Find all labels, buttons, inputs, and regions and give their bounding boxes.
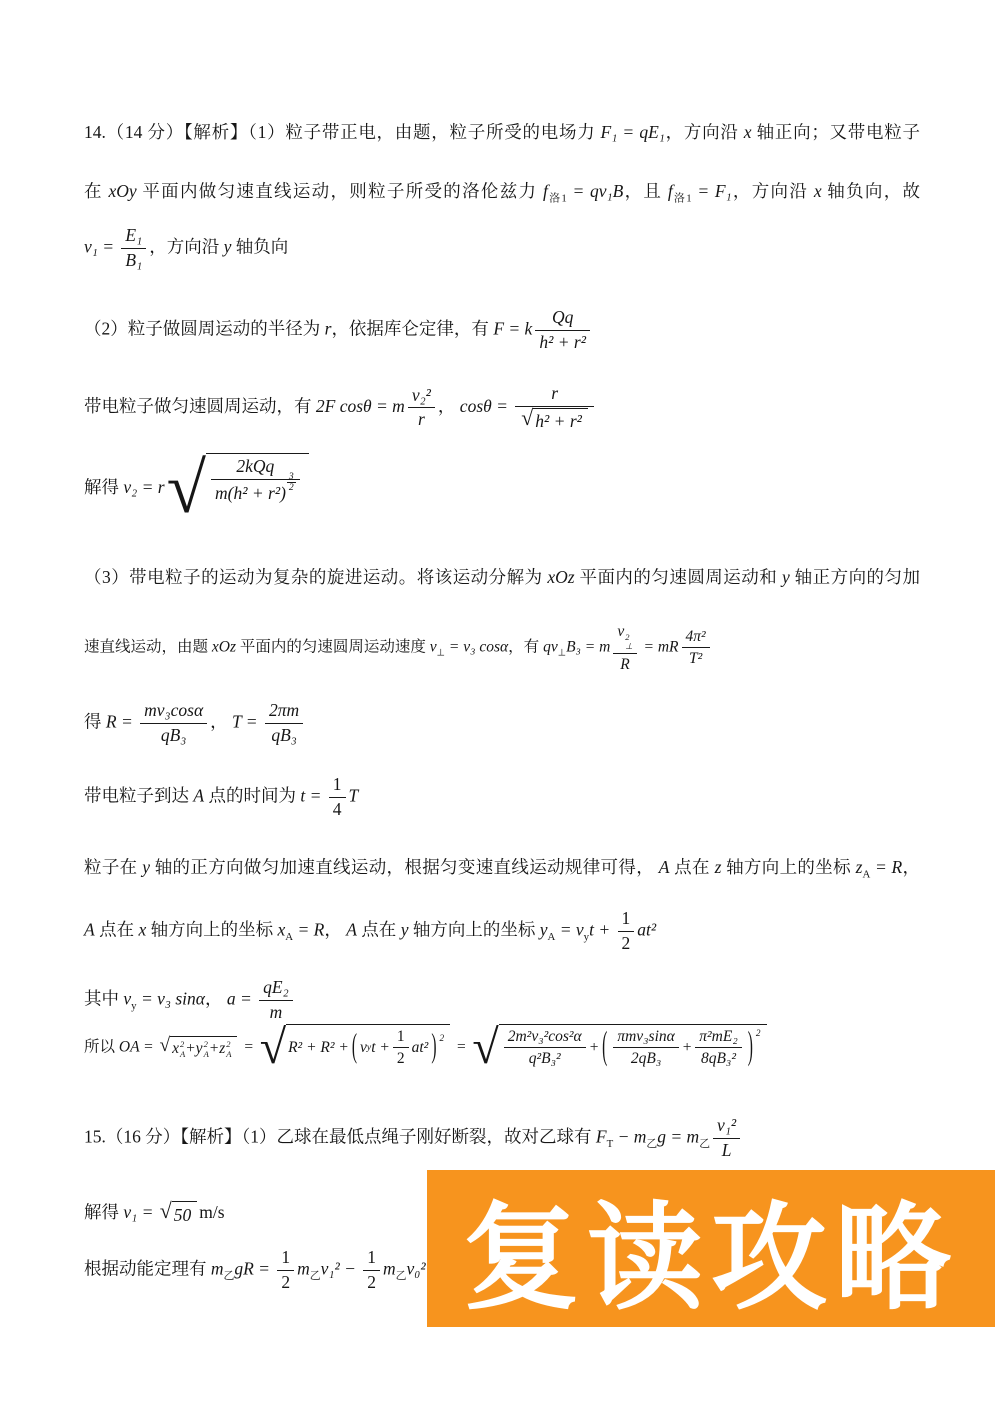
- denominator: 2: [277, 1271, 294, 1294]
- math-run: 2F cosθ = m: [316, 396, 405, 416]
- text-run: 点在: [669, 857, 714, 877]
- math-var: y: [782, 567, 790, 587]
- math-run: = F₁: [692, 181, 732, 201]
- math-var: A: [84, 919, 95, 939]
- math-var: m: [297, 1258, 310, 1278]
- subscript: 乙: [699, 1138, 710, 1150]
- math-run: m(h² + r²): [215, 483, 286, 503]
- math-run: +: [209, 1039, 219, 1059]
- text-run: 轴正向；又带电粒子: [751, 122, 920, 142]
- fraction: 2πmqB₃: [265, 700, 303, 747]
- math-var: A: [193, 785, 204, 805]
- square-root: √50: [160, 1201, 198, 1227]
- math-run: xOz: [212, 639, 236, 656]
- superscript: 2: [439, 1033, 444, 1045]
- promo-banner: 复读攻略: [427, 1170, 995, 1327]
- text-run: 15.（16 分）【解析】（1）乙球在最低点绳子刚好断裂，故对乙球有: [84, 1126, 596, 1146]
- line-2: 在 xOy 平面内做匀速直线运动，则粒子所受的洛伦兹力 f洛1 = qv₁B，且…: [84, 180, 920, 206]
- line-8: 速直线运动，由题 xOz 平面内的匀速圆周运动速度 v⊥ = v₃ cosα，有…: [84, 622, 920, 674]
- math-var: v: [123, 988, 131, 1008]
- left-paren: (: [352, 1026, 357, 1070]
- math-run: T =: [232, 711, 262, 731]
- math-run: = R: [293, 919, 324, 939]
- fraction: 12: [363, 1247, 380, 1294]
- math-var: y: [142, 857, 150, 877]
- numerator: v₁²: [713, 1115, 740, 1139]
- text-run: 解得: [84, 477, 123, 497]
- text-run: 14.（14 分）【解析】（1）粒子带正电，由题，粒子所受的电场力: [84, 122, 601, 142]
- math-run: xOz: [547, 567, 574, 587]
- math-var: F: [596, 1126, 607, 1146]
- line-1: 14.（14 分）【解析】（1）粒子带正电，由题，粒子所受的电场力 F₁ = q…: [84, 121, 920, 144]
- text-run: 轴方向上的坐标: [408, 919, 539, 939]
- math-run: at²: [637, 919, 656, 939]
- denominator: qB₃: [140, 724, 207, 747]
- line-14: 所以 OA = √x2A + y2A + z2A = √R² + R² + (v…: [84, 1024, 920, 1072]
- text-run: ，方向沿: [149, 236, 223, 256]
- math-unit: m/s: [199, 1202, 224, 1222]
- right-paren: ): [748, 1023, 753, 1073]
- radicand: R² + R² + (vyt + 12at²)2: [286, 1024, 450, 1069]
- math-run: a =: [227, 988, 256, 1008]
- numerator: 1: [363, 1247, 380, 1271]
- math-run: = v₃ cosα: [445, 639, 508, 656]
- numerator: v₂²: [408, 385, 435, 409]
- math-var: z: [219, 1039, 225, 1059]
- subscript: ⊥: [558, 648, 566, 659]
- numerator: mv₃cosα: [140, 700, 207, 724]
- right-paren: ): [431, 1026, 436, 1070]
- math-var: x: [814, 181, 822, 201]
- text-run: ，依据库仑定律，有: [331, 318, 493, 338]
- fraction: v2⊥R: [613, 622, 636, 674]
- denominator: qB₃: [265, 724, 303, 747]
- fraction: v₂²r: [408, 385, 435, 432]
- subscript: A: [226, 1050, 231, 1059]
- math-run: +: [185, 1039, 195, 1059]
- text-run: ，: [902, 857, 920, 877]
- radical-sign: √: [260, 1024, 286, 1072]
- fraction: qE₂m: [259, 977, 293, 1024]
- math-var: x: [172, 1039, 179, 1059]
- superscript: 2: [756, 1028, 761, 1040]
- denominator: m(h² + r²)32: [211, 480, 300, 505]
- numerator: 1: [329, 774, 346, 798]
- text-run: （2）粒子做圆周运动的半径为: [84, 318, 325, 338]
- math-run: t =: [300, 785, 325, 805]
- fraction: π²mE₂8qB₃²: [695, 1027, 741, 1069]
- math-run: = R: [870, 857, 902, 877]
- math-run: F = k: [493, 318, 532, 338]
- math-var: T: [349, 785, 359, 805]
- math-var: A: [346, 919, 357, 939]
- text-run: 平面内的匀速圆周运动和: [575, 567, 782, 587]
- math-run: v₁² −: [321, 1258, 361, 1278]
- math-var: v: [360, 1038, 367, 1058]
- math-run: +: [682, 1038, 692, 1058]
- radical-sign: √: [521, 408, 533, 430]
- math-var: A: [659, 857, 670, 877]
- subscript: 乙: [310, 1270, 321, 1282]
- text-run: 带电粒子到达: [84, 785, 193, 805]
- fraction: 12: [618, 908, 635, 955]
- math-run: t +: [589, 919, 614, 939]
- square-root: √2kQqm(h² + r²)32: [167, 453, 309, 525]
- math-run: = qv₁B: [567, 181, 623, 201]
- line-12: A 点在 x 轴方向上的坐标 xA = R， A 点在 y 轴方向上的坐标 yA…: [84, 908, 920, 955]
- fraction: 14: [329, 774, 346, 821]
- text-run: 解得: [84, 1202, 123, 1222]
- numerator: πmv₃sinα: [613, 1027, 678, 1048]
- numerator: π²mE₂: [695, 1027, 741, 1048]
- text-run: 速直线运动，由题: [84, 639, 212, 656]
- fraction: 2kQqm(h² + r²)32: [211, 456, 300, 505]
- math-run: v₁ =: [84, 236, 118, 256]
- denominator: B₁: [121, 249, 146, 272]
- math-run: R =: [106, 711, 137, 731]
- denominator: r: [408, 408, 435, 431]
- numerator: E₁: [121, 225, 146, 249]
- text-run: 轴负向，故: [822, 181, 920, 201]
- fraction: r√h² + r²: [515, 383, 594, 433]
- denominator: q²B₃²: [504, 1048, 586, 1068]
- numerator: qE₂: [259, 977, 293, 1001]
- radical-sign: √: [167, 453, 206, 525]
- numerator: 1: [618, 908, 635, 932]
- denominator: R: [613, 654, 636, 674]
- math-run: xOy: [109, 181, 137, 201]
- math-run: F₁ = qE₁: [601, 122, 665, 142]
- math-run: +: [589, 1038, 599, 1058]
- math-var: v: [617, 623, 624, 640]
- text-run: 平面内做匀速直线运动，则粒子所受的洛伦兹力: [137, 181, 543, 201]
- radicand: 2m²v₃²cos²αq²B₃² + (πmv₃sinα2qB₃ + π²mE₂…: [499, 1024, 767, 1069]
- math-var: y: [196, 1039, 203, 1059]
- square-root: √h² + r²: [521, 408, 588, 433]
- radicand: 50: [172, 1201, 198, 1227]
- promo-banner-text: 复读攻略: [463, 1165, 959, 1332]
- math-run: qv: [543, 639, 558, 656]
- radical-sign: √: [472, 1024, 498, 1072]
- subscript: ⊥: [437, 648, 445, 659]
- numerator: 2πm: [265, 700, 303, 724]
- radical-sign: √: [160, 1201, 172, 1223]
- math-var: m: [211, 1258, 224, 1278]
- denominator: T²: [682, 648, 710, 668]
- math-run: = v₃ sinα: [137, 988, 205, 1008]
- subscript: ⊥: [625, 642, 632, 651]
- numerator: 1: [277, 1247, 294, 1271]
- text-run: 在: [84, 181, 109, 201]
- math-run: v₀²: [407, 1258, 426, 1278]
- text-run: 轴正方向的匀加: [790, 567, 920, 587]
- math-var: y: [540, 919, 548, 939]
- math-run: R² + R² +: [288, 1038, 349, 1058]
- left-paren: (: [602, 1023, 607, 1073]
- square-root: √2m²v₃²cos²αq²B₃² + (πmv₃sinα2qB₃ + π²mE…: [472, 1024, 766, 1072]
- denominator: √h² + r²: [515, 407, 594, 433]
- document-page: 14.（14 分）【解析】（1）粒子带正电，由题，粒子所受的电场力 F₁ = q…: [0, 0, 1000, 1414]
- fraction: v₁²L: [713, 1115, 740, 1162]
- math-run: cosθ =: [460, 396, 512, 416]
- square-root: √x2A + y2A + z2A: [159, 1036, 237, 1059]
- text-run: ，且: [623, 181, 668, 201]
- math-run: B₃ = m: [566, 639, 610, 656]
- radicand: 2kQqm(h² + r²)32: [206, 453, 309, 505]
- line-11: 粒子在 y 轴的正方向做匀加速直线运动，根据匀变速直线运动规律可得， A 点在 …: [84, 856, 920, 882]
- math-run: =: [239, 1039, 257, 1056]
- text-run: 点的时间为: [204, 785, 300, 805]
- radical-sign: √: [159, 1036, 170, 1055]
- text-run: ，: [324, 919, 346, 939]
- math-var: m: [383, 1258, 396, 1278]
- text-run: 轴方向上的坐标: [721, 857, 855, 877]
- line-4: （2）粒子做圆周运动的半径为 r，依据库仑定律，有 F = kQqh² + r²: [84, 307, 920, 354]
- radicand: h² + r²: [533, 408, 588, 433]
- denominator: h² + r²: [535, 331, 590, 354]
- numerator: 1: [393, 1027, 409, 1048]
- text-run: （3）带电粒子的运动为复杂的旋进运动。将该运动分解为: [84, 567, 547, 587]
- text-run: 得: [84, 711, 106, 731]
- fraction: Qqh² + r²: [535, 307, 590, 354]
- math-run: g = m: [657, 1126, 699, 1146]
- line-7: （3）带电粒子的运动为复杂的旋进运动。将该运动分解为 xOz 平面内的匀速圆周运…: [84, 566, 920, 589]
- fraction: mv₃cosαqB₃: [140, 700, 207, 747]
- math-run: = v: [555, 919, 583, 939]
- text-run: 粒子在: [84, 857, 142, 877]
- fraction: 4π²T²: [682, 627, 710, 669]
- text-run: ，方向沿: [732, 181, 814, 201]
- numerator: v2⊥: [613, 622, 636, 654]
- text-run: 平面内的匀速圆周运动速度: [236, 639, 430, 656]
- denominator: L: [713, 1139, 740, 1162]
- numerator: Qq: [535, 307, 590, 331]
- line-3: v₁ = E₁B₁，方向沿 y 轴负向: [84, 225, 920, 272]
- line-15: 15.（16 分）【解析】（1）乙球在最低点绳子刚好断裂，故对乙球有 FT − …: [84, 1115, 920, 1162]
- sup-sub-stack: 2A: [226, 1040, 231, 1059]
- math-run: at²: [412, 1038, 429, 1058]
- math-run: − m: [613, 1126, 646, 1146]
- text-run: ，: [205, 988, 227, 1008]
- math-run: = mR: [640, 639, 679, 656]
- math-run: gR =: [234, 1258, 274, 1278]
- line-5: 带电粒子做匀速圆周运动，有 2F cosθ = mv₂²r， cosθ = r√…: [84, 383, 920, 433]
- math-var: v: [430, 639, 437, 656]
- line-9: 得 R = mv₃cosαqB₃， T = 2πmqB₃: [84, 700, 920, 747]
- denominator: 2: [618, 932, 635, 955]
- text-run: 点在: [95, 919, 139, 939]
- denominator: 2: [393, 1048, 409, 1068]
- math-run: t +: [371, 1038, 390, 1058]
- text-run: 带电粒子做匀速圆周运动，有: [84, 396, 316, 416]
- text-run: ，: [438, 396, 460, 416]
- fraction: 2m²v₃²cos²αq²B₃²: [504, 1027, 586, 1069]
- text-run: ，有: [508, 639, 543, 656]
- denominator: 2: [363, 1271, 380, 1294]
- line-10: 带电粒子到达 A 点的时间为 t = 14T: [84, 774, 920, 821]
- square-root: √R² + R² + (vyt + 12at²)2: [260, 1024, 450, 1072]
- text-run: 点在: [357, 919, 401, 939]
- numerator: 2m²v₃²cos²α: [504, 1027, 586, 1048]
- subscript: 乙: [646, 1138, 657, 1150]
- numerator: r: [515, 383, 594, 407]
- fraction: πmv₃sinα2qB₃: [613, 1027, 678, 1069]
- fraction: 12: [277, 1247, 294, 1294]
- sup-sub-stack: 2⊥: [625, 633, 632, 652]
- radicand: x2A + y2A + z2A: [170, 1036, 237, 1059]
- text-run: 轴方向上的坐标: [146, 919, 277, 939]
- text-run: 轴负向: [231, 236, 288, 256]
- exponent-denominator: 2: [287, 483, 296, 493]
- math-run: OA =: [119, 1039, 158, 1056]
- text-run: 根据动能定理有: [84, 1258, 211, 1278]
- denominator: 2qB₃: [613, 1048, 678, 1068]
- math-run: v₁ =: [123, 1202, 157, 1222]
- math-run: v₂ = r: [123, 477, 164, 497]
- subscript: 洛1: [673, 193, 692, 205]
- text-run: 轴的正方向做匀加速直线运动，根据匀变速直线运动规律可得，: [150, 857, 659, 877]
- numerator: 4π²: [682, 627, 710, 648]
- subscript: A: [285, 931, 293, 943]
- subscript: 乙: [224, 1270, 235, 1282]
- subscript: 洛1: [548, 193, 567, 205]
- math-run: =: [452, 1039, 470, 1056]
- line-13: 其中 vy = v₃ sinα， a = qE₂m: [84, 977, 920, 1024]
- text-run: 其中: [84, 988, 123, 1008]
- denominator: 4: [329, 798, 346, 821]
- subscript: 乙: [396, 1270, 407, 1282]
- denominator: 8qB₃²: [695, 1048, 741, 1068]
- text-run: ，方向沿: [665, 122, 744, 142]
- line-6: 解得 v₂ = r√2kQqm(h² + r²)32: [84, 453, 920, 525]
- text-run: 所以: [84, 1039, 119, 1056]
- fraction: 12: [393, 1027, 409, 1069]
- exponent-fraction: 32: [287, 472, 296, 493]
- fraction: E₁B₁: [121, 225, 146, 272]
- text-run: ，: [210, 711, 232, 731]
